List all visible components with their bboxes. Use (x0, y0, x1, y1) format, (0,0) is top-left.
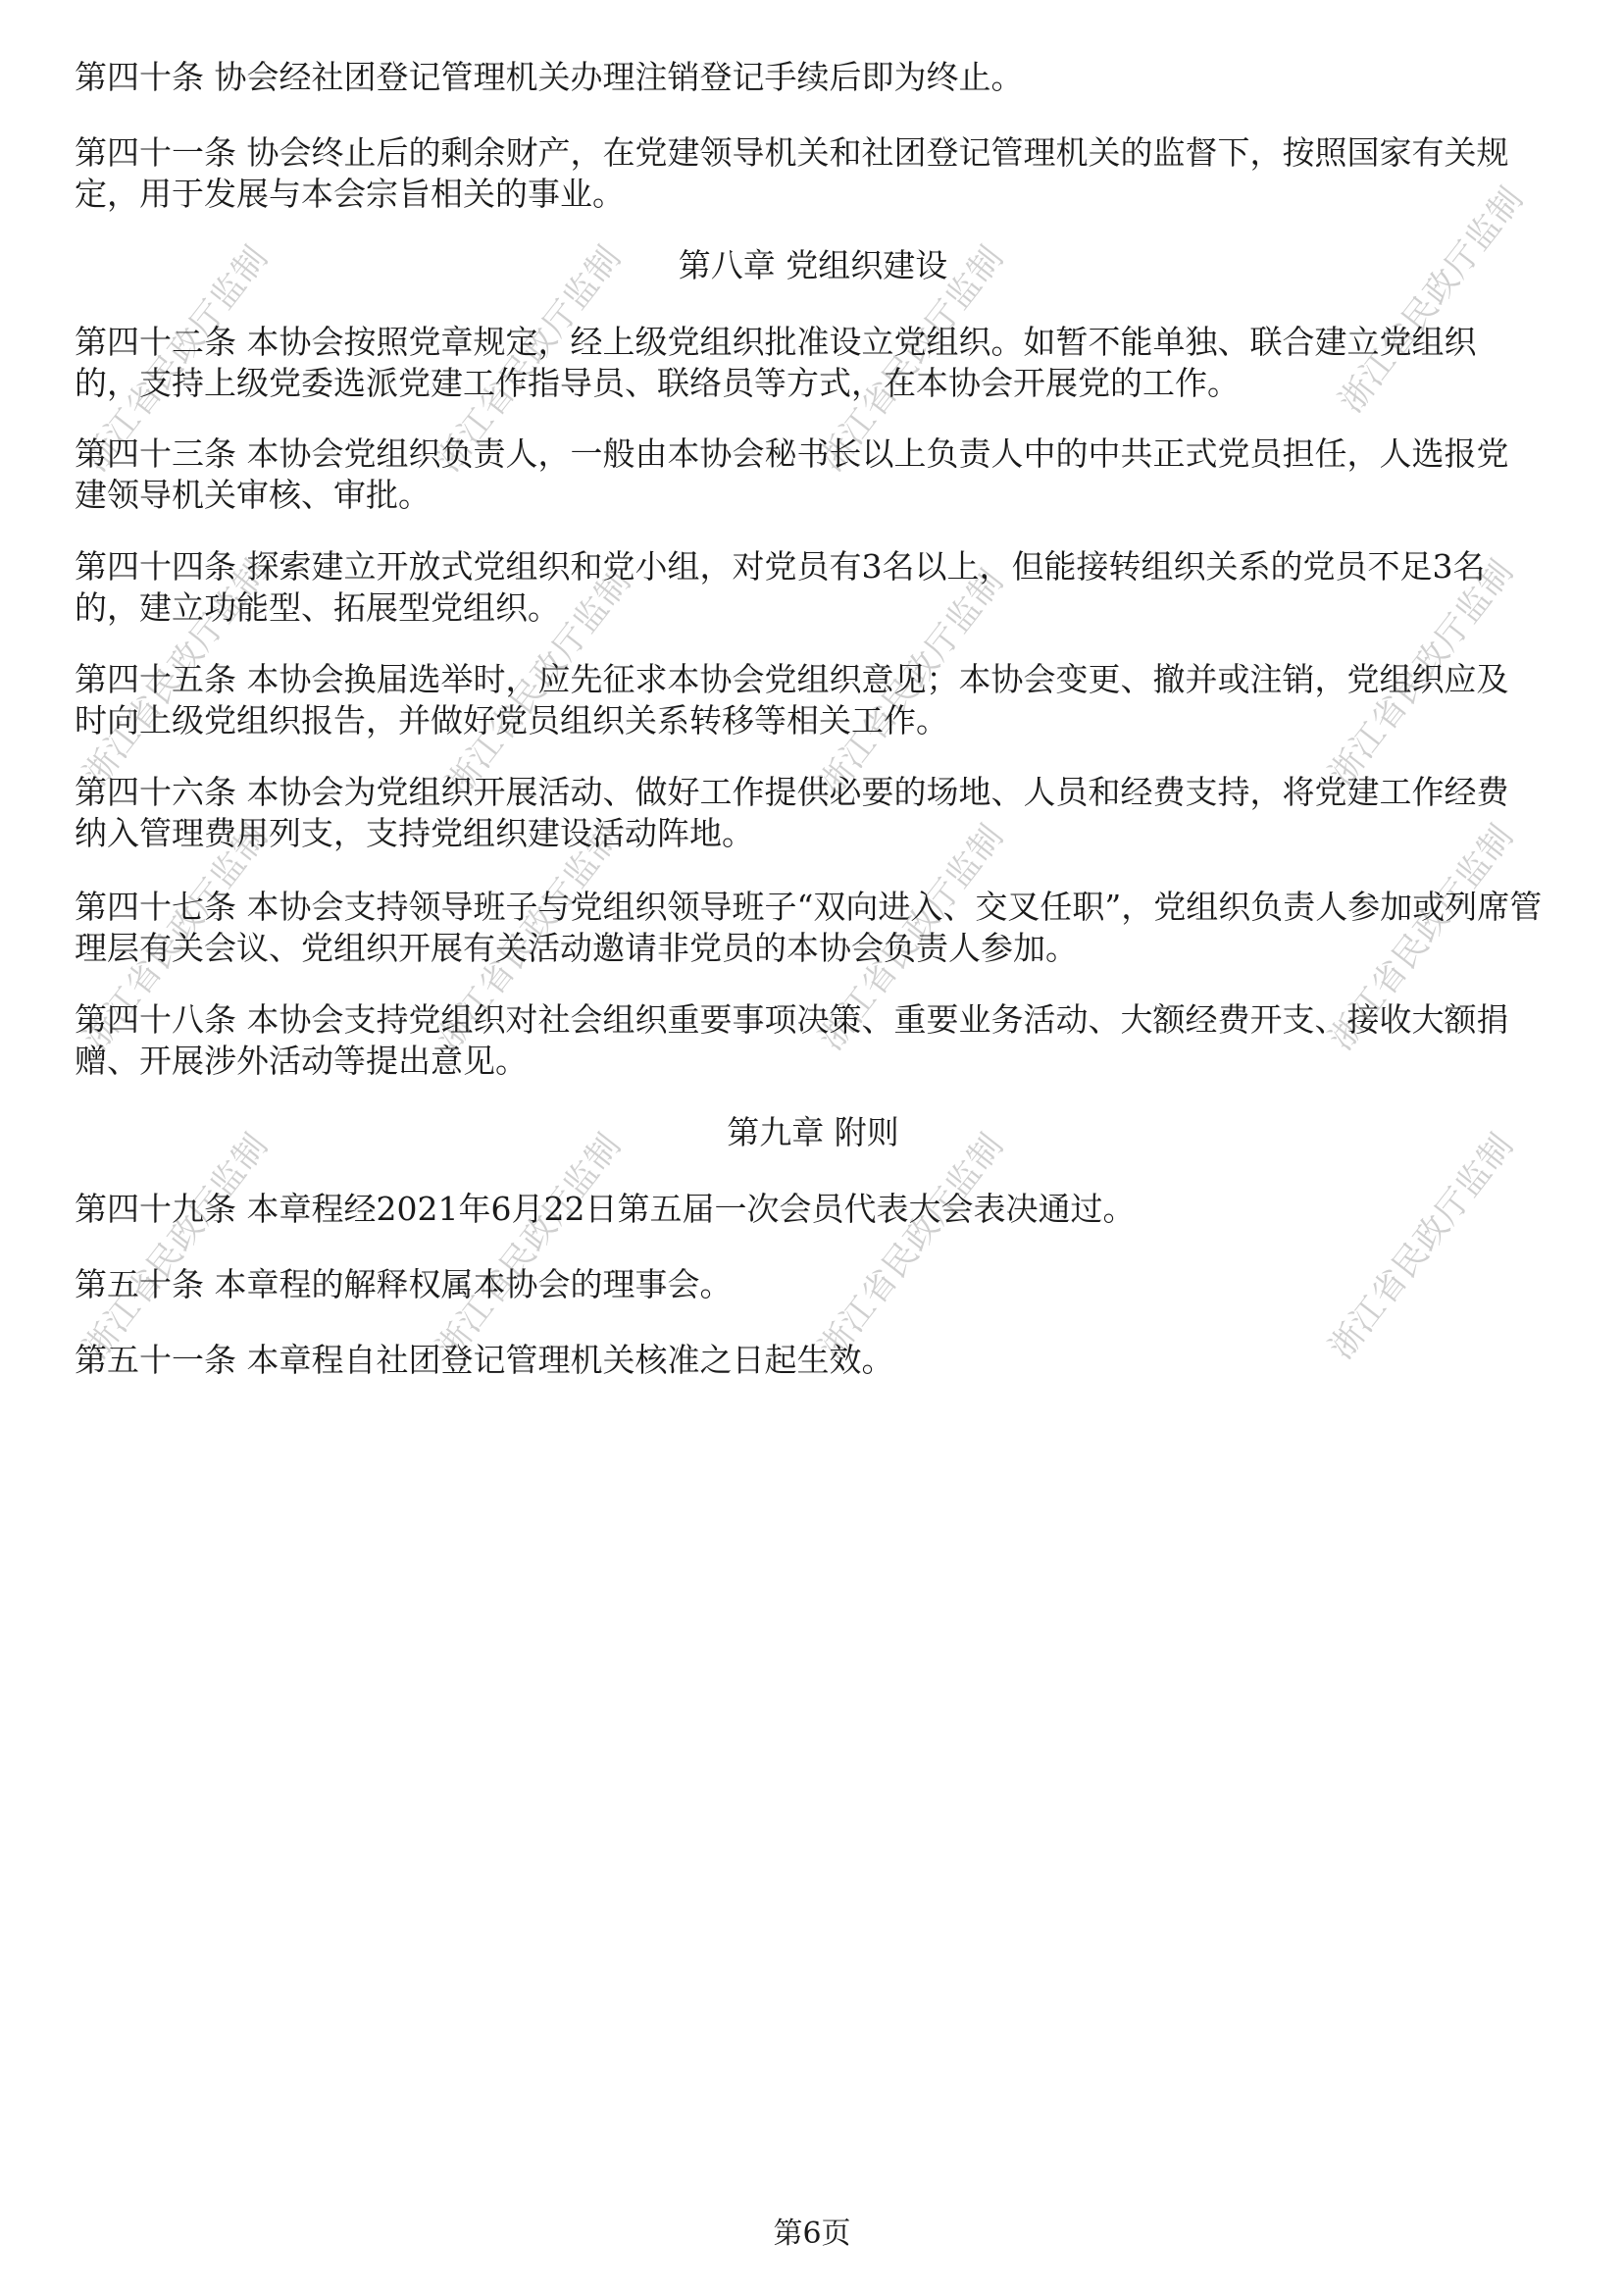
page-number: 第6页 (0, 2215, 1624, 2254)
article-50: 第五十条 本章程的解释权属本协会的理事会。 (75, 1264, 1551, 1305)
article-40-line-1: 第四十条 协会经社团登记管理机关办理注销登记手续后即为终止。 (75, 57, 1551, 98)
article-45: 第四十五条 本协会换届选举时，应先征求本协会党组织意见；本协会变更、撤并或注销，… (75, 659, 1551, 741)
article-44-line-1: 第四十四条 探索建立开放式党组织和党小组，对党员有3名以上，但能接转组织关系的党… (75, 546, 1551, 587)
watermark: 浙江省民政厅监制 (70, 1121, 277, 1367)
article-44: 第四十四条 探索建立开放式党组织和党小组，对党员有3名以上，但能接转组织关系的党… (75, 546, 1551, 629)
article-42-line-2: 的，支持上级党委选派党建工作指导员、联络员等方式，在本协会开展党的工作。 (75, 363, 1551, 404)
article-43: 第四十三条 本协会党组织负责人，一般由本协会秘书长以上负责人中的中共正式党员担任… (75, 433, 1551, 516)
article-47: 第四十七条 本协会支持领导班子与党组织领导班子“双向进入、交叉任职”，党组织负责… (75, 887, 1551, 969)
article-43-line-1: 第四十三条 本协会党组织负责人，一般由本协会秘书长以上负责人中的中共正式党员担任… (75, 433, 1551, 475)
document-page: 浙江省民政厅监制 浙江省民政厅监制 浙江省民政厅监制 浙江省民政厅监制 浙江省民… (0, 0, 1624, 2294)
article-48-line-2: 赠、开展涉外活动等提出意见。 (75, 1041, 1551, 1082)
article-47-line-2: 理层有关会议、党组织开展有关活动邀请非党员的本协会负责人参加。 (75, 928, 1551, 969)
article-48: 第四十八条 本协会支持党组织对社会组织重要事项决策、重要业务活动、大额经费开支、… (75, 999, 1551, 1082)
article-44-line-2: 的，建立功能型、拓展型党组织。 (75, 587, 1551, 629)
article-40: 第四十条 协会经社团登记管理机关办理注销登记手续后即为终止。 (75, 57, 1551, 98)
watermark: 浙江省民政厅监制 (1315, 1121, 1522, 1367)
article-42: 第四十二条 本协会按照党章规定，经上级党组织批准设立党组织。如暂不能单独、联合建… (75, 322, 1551, 404)
article-46-line-2: 纳入管理费用列支，支持党组织建设活动阵地。 (75, 813, 1551, 854)
article-48-line-1: 第四十八条 本协会支持党组织对社会组织重要事项决策、重要业务活动、大额经费开支、… (75, 999, 1551, 1041)
article-49: 第四十九条 本章程经2021年6月22日第五届一次会员代表大会表决通过。 (75, 1189, 1551, 1230)
article-51: 第五十一条 本章程自社团登记管理机关核准之日起生效。 (75, 1340, 1551, 1381)
chapter-8-heading: 第八章 党组织建设 (75, 245, 1551, 286)
article-45-line-1: 第四十五条 本协会换届选举时，应先征求本协会党组织意见；本协会变更、撤并或注销，… (75, 659, 1551, 700)
article-47-line-1: 第四十七条 本协会支持领导班子与党组织领导班子“双向进入、交叉任职”，党组织负责… (75, 887, 1551, 928)
chapter-9-heading: 第九章 附则 (75, 1112, 1551, 1153)
article-41-line-2: 定，用于发展与本会宗旨相关的事业。 (75, 174, 1551, 215)
article-41: 第四十一条 协会终止后的剩余财产，在党建领导机关和社团登记管理机关的监督下，按照… (75, 132, 1551, 215)
watermark: 浙江省民政厅监制 (805, 1121, 1012, 1367)
article-45-line-2: 时向上级党组织报告，并做好党员组织关系转移等相关工作。 (75, 700, 1551, 741)
article-42-line-1: 第四十二条 本协会按照党章规定，经上级党组织批准设立党组织。如暂不能单独、联合建… (75, 322, 1551, 363)
article-43-line-2: 建领导机关审核、审批。 (75, 475, 1551, 516)
article-46-line-1: 第四十六条 本协会为党组织开展活动、做好工作提供必要的场地、人员和经费支持，将党… (75, 772, 1551, 813)
article-41-line-1: 第四十一条 协会终止后的剩余财产，在党建领导机关和社团登记管理机关的监督下，按照… (75, 132, 1551, 174)
article-46: 第四十六条 本协会为党组织开展活动、做好工作提供必要的场地、人员和经费支持，将党… (75, 772, 1551, 854)
watermark: 浙江省民政厅监制 (423, 1121, 630, 1367)
